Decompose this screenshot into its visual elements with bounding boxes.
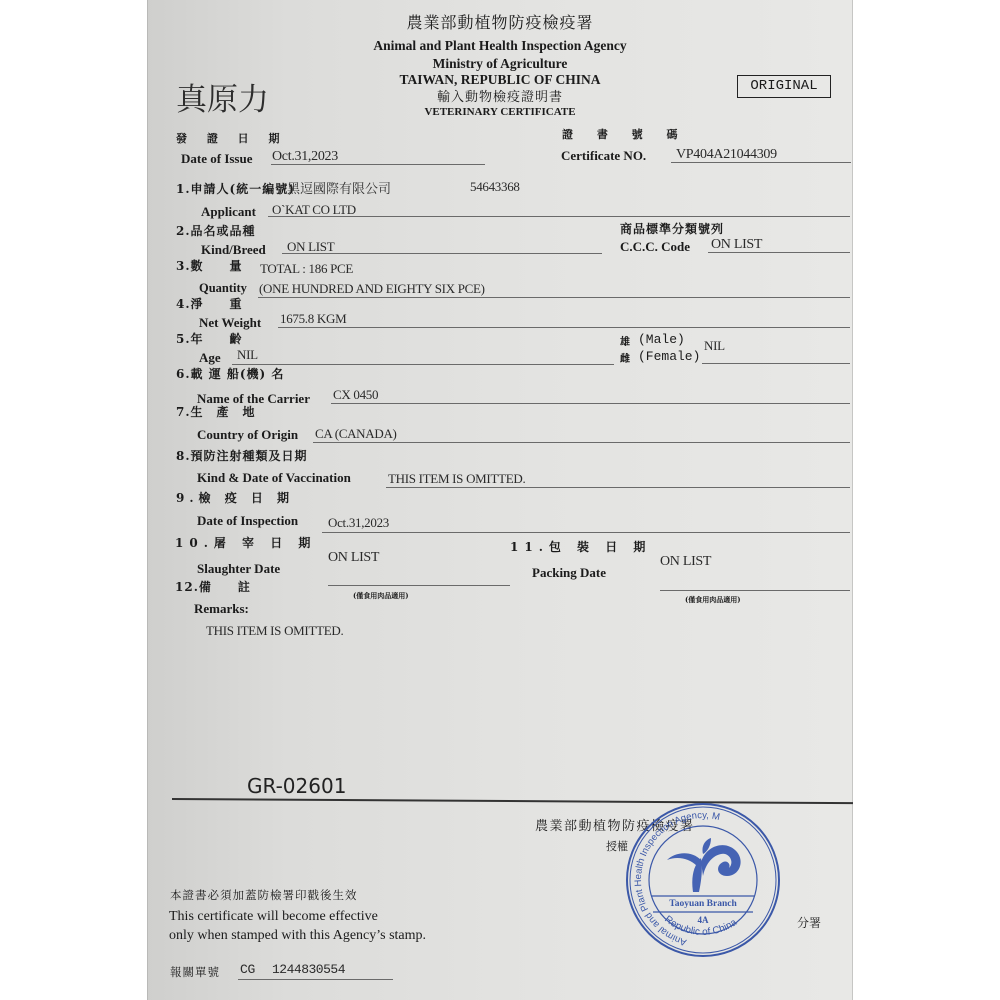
ccc-label: C.C.C. Code (620, 239, 690, 255)
quantity-label-zh: 3.數 量 (176, 257, 243, 274)
remarks-value: THIS ITEM IS OMITTED. (206, 623, 343, 639)
applicant-label: Applicant (201, 204, 256, 220)
original-badge: ORIGINAL (737, 75, 831, 98)
net-weight-label-zh: 4.淨 重 (176, 295, 243, 312)
slaughter-note: (僅食用肉品適用) (353, 591, 409, 601)
packing-label-zh: 11.包 裝 日 期 (510, 538, 651, 555)
applicant-value-zh: 黑逗國際有限公司 (287, 178, 391, 197)
origin-label: Country of Origin (197, 427, 298, 443)
ccc-label-zh: 商品標準分類號列 (620, 220, 724, 237)
handwritten-mark: 真原力 (176, 74, 269, 119)
serial-number: GR-02601 (247, 774, 346, 798)
vaccination-label-zh: 8.預防注射種類及日期 (176, 447, 308, 464)
packing-value: ON LIST (660, 554, 711, 570)
customs-number: 1244830554 (272, 962, 345, 977)
cert-no-value: VP404A21044309 (676, 147, 777, 163)
notice-zh: 本證書必須加蓋防檢署印戳後生效 (170, 887, 358, 903)
cert-no-label-zh: 證 書 號 碼 (562, 126, 688, 142)
origin-label-zh: 7.生 產 地 (176, 403, 256, 420)
customs-prefix: CG (240, 962, 255, 977)
slaughter-value: ON LIST (328, 550, 379, 566)
male-label: (Male) (638, 332, 685, 347)
customs-label-zh: 報關單號 (170, 964, 220, 980)
slaughter-label: Slaughter Date (197, 561, 280, 577)
male-label-zh: 雄 (620, 333, 635, 348)
notice-en-2: only when stamped with this Agency’s sta… (169, 928, 426, 944)
sprout-logo-icon (667, 838, 741, 892)
slaughter-label-zh: 10.屠 宰 日 期 (175, 534, 316, 551)
sex-value: NIL (704, 338, 725, 354)
certificate-title-zh: 輸入動物檢疫證明書 (0, 86, 1000, 105)
age-value: NIL (237, 347, 258, 363)
age-label: Age (199, 350, 221, 366)
applicant-tax-id: 54643368 (470, 179, 520, 195)
age-label-zh: 5.年 齡 (176, 330, 243, 347)
net-weight-label: Net Weight (199, 315, 261, 331)
remarks-label-zh: 12.備 註 (175, 578, 251, 595)
remarks-label: Remarks: (194, 601, 249, 617)
kind-label-zh: 2.品名或品種 (176, 222, 256, 239)
packing-note: (僅食用肉品適用) (685, 595, 741, 605)
agency-name-zh: 農業部動植物防疫檢疫署 (0, 10, 1000, 33)
applicant-label-zh: 1.申請人(統一編號) (176, 180, 295, 197)
certificate-title-en: VETERINARY CERTIFICATE (0, 106, 1000, 118)
branch-zh: 分署 (797, 914, 821, 931)
female-label: (Female) (638, 349, 700, 364)
packing-label: Packing Date (532, 565, 606, 581)
vaccination-value: THIS ITEM IS OMITTED. (388, 471, 525, 487)
origin-value: CA (CANADA) (315, 426, 397, 442)
net-weight-value: 1675.8 KGM (280, 311, 346, 327)
kind-label: Kind/Breed (201, 242, 266, 258)
issue-date-value: Oct.31,2023 (272, 149, 338, 165)
issue-date-label-zh: 發 證 日 期 (176, 130, 288, 146)
ccc-value: ON LIST (711, 237, 762, 253)
female-label-zh: 雌 (620, 350, 635, 365)
inspection-value: Oct.31,2023 (328, 515, 389, 531)
carrier-value: CX 0450 (333, 387, 378, 403)
stamp-code: 4A (698, 915, 710, 925)
agency-name-en: Animal and Plant Health Inspection Agenc… (0, 38, 1000, 54)
issue-date-label: Date of Issue (181, 151, 253, 167)
notice-en-1: This certificate will become effective (169, 909, 378, 925)
inspection-label-zh: 9.檢 疫 日 期 (176, 489, 294, 506)
quantity-value: (ONE HUNDRED AND EIGHTY SIX PCE) (259, 281, 485, 297)
vaccination-label: Kind & Date of Vaccination (197, 470, 351, 486)
quantity-label: Quantity (199, 281, 247, 296)
carrier-label-zh: 6.載 運 船(機) 名 (176, 365, 284, 382)
ministry-name: Ministry of Agriculture (0, 56, 1000, 72)
cert-no-label: Certificate NO. (561, 148, 646, 164)
quantity-total: TOTAL : 186 PCE (260, 261, 353, 277)
agency-stamp: Animal and Plant Health Inspection Agenc… (623, 800, 783, 960)
inspection-label: Date of Inspection (197, 513, 298, 529)
stamp-branch: Taoyuan Branch (669, 899, 737, 909)
